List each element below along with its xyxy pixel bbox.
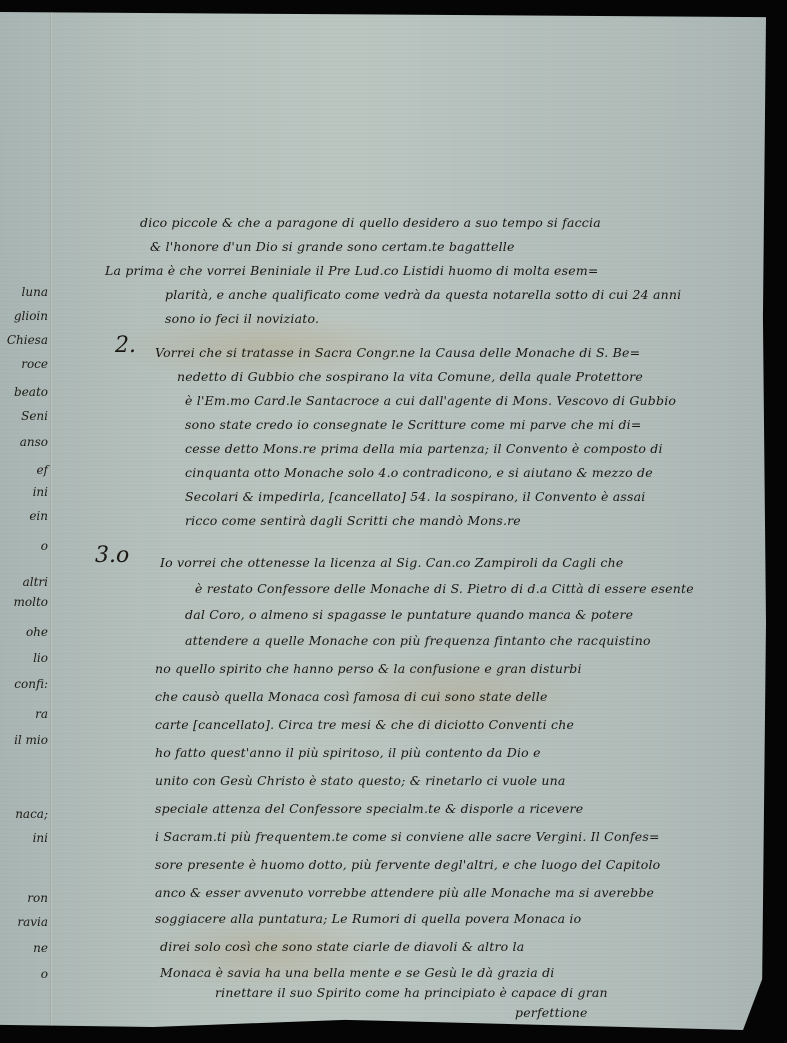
- item3-line: è restato Confessore delle Monache di S.…: [195, 581, 694, 596]
- item3-line: anco & esser avvenuto vorrebbe attendere…: [155, 885, 654, 900]
- item2-line: nedetto di Gubbio che sospirano la vita …: [177, 369, 643, 384]
- item3-line: dal Coro, o almeno si spagasse le puntat…: [185, 607, 633, 622]
- item-number: 2.: [115, 333, 136, 358]
- item3-line: Io vorrei che ottenesse la licenza al Si…: [160, 555, 623, 570]
- item3-line: ho fatto quest'anno il più spiritoso, il…: [155, 745, 541, 760]
- item3-line: Monaca è savia ha una bella mente e se G…: [160, 965, 555, 980]
- item3-line: attendere a quelle Monache con più frequ…: [185, 633, 651, 648]
- item3-line: soggiacere alla puntatura; Le Rumori di …: [155, 911, 581, 926]
- item1-line: La prima è che vorrei Beniniale il Pre L…: [105, 263, 599, 278]
- item2-line: cesse detto Mons.re prima della mia part…: [185, 441, 663, 456]
- item2-line: è l'Em.mo Card.le Santacroce a cui dall'…: [185, 393, 676, 408]
- item3-line: i Sacram.ti più frequentem.te come si co…: [155, 829, 660, 844]
- item2-line: Secolari & impedirla, [cancellato] 54. l…: [185, 489, 645, 504]
- item2-line: cinquanta otto Monache solo 4.o contradi…: [185, 465, 653, 480]
- item2-line: sono state credo io consegnate le Scritt…: [185, 417, 642, 432]
- item3-line: unito con Gesù Christo è stato questo; &…: [155, 773, 566, 788]
- fold-crease: [50, 12, 52, 1030]
- item3-line: no quello spirito che hanno perso & la c…: [155, 661, 582, 676]
- item3-line: direi solo così che sono state ciarle de…: [160, 939, 524, 954]
- item3-line: sore presente è huomo dotto, più fervent…: [155, 857, 660, 872]
- item-number: 3.o: [95, 543, 129, 568]
- item1-line: plarità, e anche qualificato come vedrà …: [165, 287, 681, 302]
- item1-line: sono io feci il noviziato.: [165, 311, 319, 326]
- item3-line: perfettione: [515, 1005, 588, 1020]
- item3-line: speciale attenza del Confessore specialm…: [155, 801, 583, 816]
- intro-line: dico piccole & che a paragone di quello …: [140, 215, 601, 230]
- item3-line: carte [cancellato]. Circa tre mesi & che…: [155, 717, 574, 732]
- item3-line: che causò quella Monaca così famosa di c…: [155, 689, 548, 704]
- item2-line: Vorrei che si tratasse in Sacra Congr.ne…: [155, 345, 640, 360]
- item3-line: rinettare il suo Spirito come ha princip…: [215, 985, 608, 1000]
- item2-line: ricco come sentirà dagli Scritti che man…: [185, 513, 521, 528]
- intro-line: & l'honore d'un Dio si grande sono certa…: [150, 239, 515, 254]
